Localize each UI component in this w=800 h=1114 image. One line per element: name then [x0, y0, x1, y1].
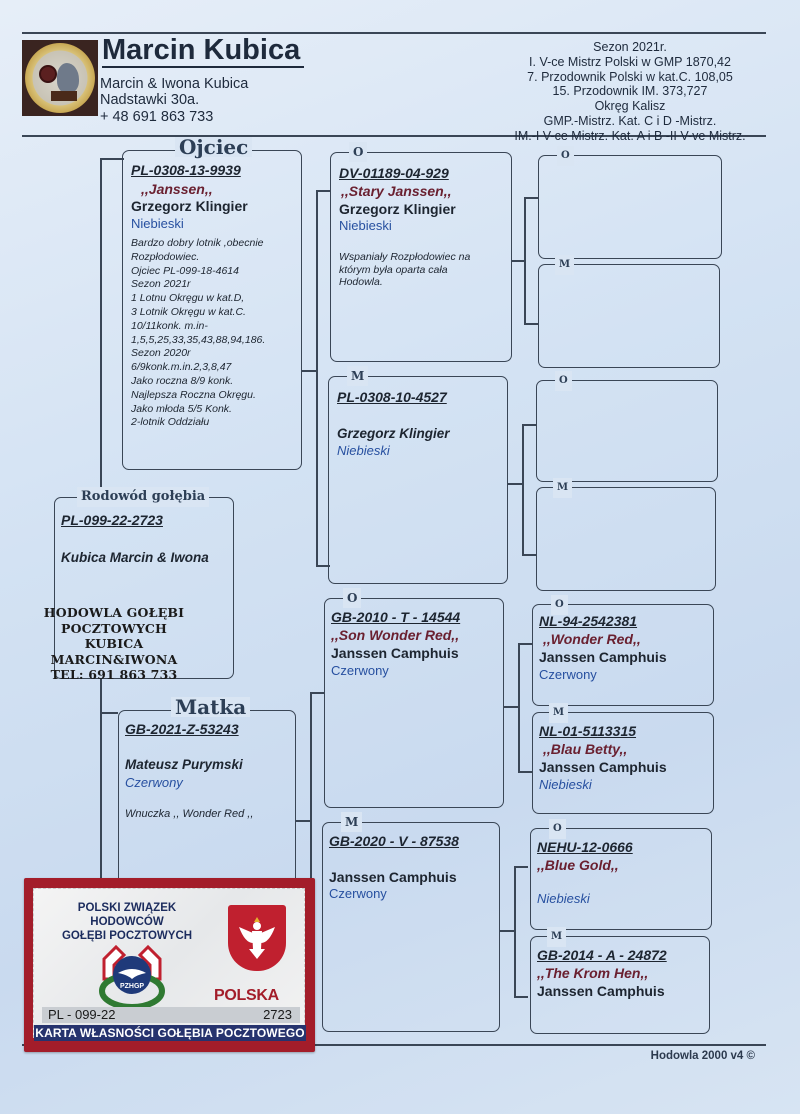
- achievements: Sezon 2021r. I. V-ce Mistrz Polski w GMP…: [500, 40, 760, 144]
- fff-box: O: [538, 155, 722, 259]
- connector: [316, 190, 318, 565]
- connector: [524, 197, 538, 199]
- ff-breeder: Grzegorz Klingier: [339, 201, 456, 217]
- mmf-box: O NEHU-12-0666 ,,Blue Gold,, Niebieski: [530, 828, 712, 930]
- achievement-line: IM.-I V-ce Mistrz. Kat. A i B -II V-ve M…: [500, 129, 760, 144]
- achievement-line: 15. Przodownik IM. 373,727: [500, 84, 760, 99]
- father-box: Ojciec PL-0308-13-9939 ,,Janssen,, Grzeg…: [122, 150, 302, 470]
- achievement-line: 7. Przodownik Polski w kat.C. 108,05: [500, 70, 760, 85]
- connector: [518, 771, 532, 773]
- fm-breeder: Grzegorz Klingier: [337, 426, 450, 441]
- ff-box: O DV-01189-04-929 ,,Stary Janssen,, Grze…: [330, 152, 512, 362]
- mmm-label: M: [547, 927, 566, 947]
- connector: [524, 197, 526, 323]
- fmm-label: M: [553, 478, 572, 498]
- fmf-box: O: [536, 380, 718, 482]
- mmf-ring: NEHU-12-0666: [537, 839, 633, 855]
- mm-label: M: [341, 812, 362, 832]
- mfm-color: Niebieski: [539, 777, 592, 792]
- stamp-line: POCZTOWYCH: [34, 621, 194, 637]
- fm-box: M PL-0308-10-4527 Grzegorz Klingier Nieb…: [328, 376, 508, 584]
- mff-box: O NL-94-2542381 ,,Wonder Red,, Janssen C…: [532, 604, 714, 706]
- mmf-label: O: [549, 819, 566, 839]
- mm-ring: GB-2020 - V - 87538: [329, 833, 459, 849]
- connector: [310, 692, 324, 694]
- note-line: 6/9konk.m.in.2,3,8,47: [131, 361, 301, 375]
- note-line: Najlepsza Roczna Okręgu.: [131, 389, 301, 403]
- stamp-line: TEL: 691 863 733: [34, 667, 194, 683]
- card-inner: POLSKI ZWIĄZEK HODOWCÓW GOŁĘBI POCZTOWYC…: [33, 888, 305, 1038]
- connector: [296, 820, 310, 822]
- ffm-box: M: [538, 264, 720, 368]
- connector: [100, 158, 124, 160]
- mother-note: Wnuczka ,, Wonder Red ,,: [125, 808, 253, 820]
- father-pigeon-name: ,,Janssen,,: [141, 181, 213, 197]
- mf-breeder: Janssen Camphuis: [331, 645, 459, 661]
- mfm-box: M NL-01-5113315 ,,Blau Betty,, Janssen C…: [532, 712, 714, 814]
- father-breeder: Grzegorz Klingier: [131, 198, 248, 214]
- breeder-stamp: HODOWLA GOŁĘBI POCZTOWYCH KUBICA MARCIN&…: [34, 605, 194, 683]
- connector: [518, 643, 520, 771]
- mmm-box: M GB-2014 - A - 24872 ,,The Krom Hen,, J…: [530, 936, 710, 1034]
- mfm-pigeon-name: ,,Blau Betty,,: [543, 741, 627, 757]
- mfm-breeder: Janssen Camphuis: [539, 759, 667, 775]
- connector: [522, 424, 536, 426]
- connector: [512, 260, 524, 262]
- subject-breeder: Kubica Marcin & Iwona: [61, 550, 209, 565]
- father-color: Niebieski: [131, 216, 184, 231]
- ff-label: O: [349, 142, 367, 162]
- note-line: Rozpłodowiec.: [131, 251, 301, 265]
- mm-box: M GB-2020 - V - 87538 Janssen Camphuis C…: [322, 822, 500, 1032]
- ffm-label: M: [555, 255, 574, 275]
- achievement-line: I. V-ce Mistrz Polski w GMP 1870,42: [500, 55, 760, 70]
- ff-pigeon-name: ,,Stary Janssen,,: [341, 183, 452, 199]
- connector: [514, 866, 516, 996]
- stamp-line: KUBICA MARCIN&IWONA: [34, 636, 194, 667]
- card-ring-number: 2723: [263, 1007, 292, 1023]
- mother-breeder: Mateusz Purymski: [125, 757, 243, 772]
- mff-breeder: Janssen Camphuis: [539, 649, 667, 665]
- owners-name: Marcin & Iwona Kubica: [100, 76, 248, 92]
- note-line: 2-lotnik Oddziału: [131, 416, 301, 430]
- connector: [500, 930, 514, 932]
- fm-ring: PL-0308-10-4527: [337, 389, 447, 405]
- mm-color: Czerwony: [329, 886, 387, 901]
- note-line: 3 Lotnik Okręgu w kat.C.: [131, 306, 301, 320]
- mff-label: O: [551, 595, 568, 615]
- card-org: POLSKI ZWIĄZEK HODOWCÓW GOŁĘBI POCZTOWYC…: [42, 901, 212, 943]
- mf-color: Czerwony: [331, 663, 389, 678]
- ff-notes: Wspaniały Rozpłodowiec na którym była op…: [339, 251, 470, 289]
- mm-breeder: Janssen Camphuis: [329, 869, 457, 885]
- page-title: Marcin Kubica: [102, 34, 304, 68]
- mff-color: Czerwony: [539, 667, 597, 682]
- connector: [514, 866, 528, 868]
- ownership-card: POLSKI ZWIĄZEK HODOWCÓW GOŁĘBI POCZTOWYC…: [24, 878, 315, 1052]
- connector: [518, 643, 532, 645]
- ff-color: Niebieski: [339, 218, 392, 233]
- fff-label: O: [557, 146, 574, 166]
- note-line: Jako roczna 8/9 konk.: [131, 375, 301, 389]
- footer-credit: Hodowla 2000 v4 ©: [651, 1050, 755, 1062]
- fmm-box: M: [536, 487, 716, 591]
- mother-label: Matka: [171, 697, 250, 717]
- achievement-line: Okręg Kalisz: [500, 99, 760, 114]
- mother-ring: GB-2021-Z-53243: [125, 721, 239, 737]
- note-line: 1,5,5,25,33,35,43,88,94,186.: [131, 334, 301, 348]
- note-line: Ojciec PL-099-18-4614: [131, 265, 301, 279]
- achievement-line: Sezon 2021r.: [500, 40, 760, 55]
- father-label: Ojciec: [175, 137, 252, 157]
- connector: [100, 712, 118, 714]
- mother-color: Czerwony: [125, 775, 183, 790]
- connector: [522, 554, 536, 556]
- note-line: 1 Lotnu Okręgu w kat.D,: [131, 292, 301, 306]
- fm-color: Niebieski: [337, 443, 390, 458]
- connector: [316, 190, 330, 192]
- achievement-line: GMP.-Mistrz. Kat. C i D -Mistrz.: [500, 114, 760, 129]
- mf-label: O: [343, 588, 361, 608]
- mfm-ring: NL-01-5113315: [539, 723, 636, 739]
- note-line: Jako młoda 5/5 Konk.: [131, 403, 301, 417]
- connector: [508, 483, 522, 485]
- mff-ring: NL-94-2542381: [539, 613, 637, 629]
- father-notes: Bardzo dobry lotnik ,obecnie Rozpłodowie…: [131, 237, 301, 430]
- mmm-pigeon-name: ,,The Krom Hen,,: [537, 965, 648, 981]
- fmf-label: O: [555, 371, 572, 391]
- mmm-ring: GB-2014 - A - 24872: [537, 947, 667, 963]
- connector: [514, 996, 528, 998]
- connector: [100, 158, 102, 498]
- card-org-line: POLSKI ZWIĄZEK HODOWCÓW: [42, 901, 212, 929]
- fm-label: M: [347, 366, 368, 386]
- mmf-color: Niebieski: [537, 891, 590, 906]
- note-line: Sezon 2020r: [131, 347, 301, 361]
- father-ring: PL-0308-13-9939: [131, 162, 241, 178]
- note-line: Sezon 2021r: [131, 278, 301, 292]
- mmm-breeder: Janssen Camphuis: [537, 983, 665, 999]
- mff-pigeon-name: ,,Wonder Red,,: [543, 631, 641, 647]
- connector: [100, 678, 102, 878]
- mf-ring: GB-2010 - T - 14544: [331, 609, 460, 625]
- mf-pigeon-name: ,,Son Wonder Red,,: [331, 627, 459, 643]
- note-line: Hodowla.: [339, 276, 470, 289]
- card-ring-prefix: PL - 099-22: [48, 1007, 115, 1023]
- phone: + 48 691 863 733: [100, 109, 213, 125]
- mf-box: O GB-2010 - T - 14544 ,,Son Wonder Red,,…: [324, 598, 504, 808]
- stamp-line: HODOWLA GOŁĘBI: [34, 605, 194, 621]
- mfm-label: M: [549, 703, 568, 723]
- subject-ring: PL-099-22-2723: [61, 512, 163, 528]
- connector: [522, 424, 524, 554]
- svg-text:PZHGP: PZHGP: [120, 983, 144, 990]
- connector: [524, 323, 538, 325]
- ff-ring: DV-01189-04-929: [339, 165, 449, 181]
- note-line: Bardzo dobry lotnik ,obecnie: [131, 237, 301, 251]
- club-logo-icon: [22, 40, 98, 116]
- note-line: 10/11konk. m.in-: [131, 320, 301, 334]
- subject-label: Rodowód gołębia: [77, 487, 209, 507]
- mmf-pigeon-name: ,,Blue Gold,,: [537, 857, 619, 873]
- note-line: którym była oparta cała: [339, 264, 470, 277]
- polish-eagle-icon: [228, 905, 286, 971]
- connector: [302, 370, 316, 372]
- note-line: Wspaniały Rozpłodowiec na: [339, 251, 470, 264]
- connector: [504, 706, 518, 708]
- address: Nadstawki 30a.: [100, 92, 199, 108]
- connector: [310, 692, 312, 882]
- mother-box: Matka GB-2021-Z-53243 Mateusz Purymski C…: [118, 710, 296, 900]
- pzhgp-emblem-icon: PZHGP: [96, 939, 168, 1011]
- card-title: KARTA WŁASNOŚCI GOŁĘBIA POCZTOWEGO: [34, 1025, 306, 1041]
